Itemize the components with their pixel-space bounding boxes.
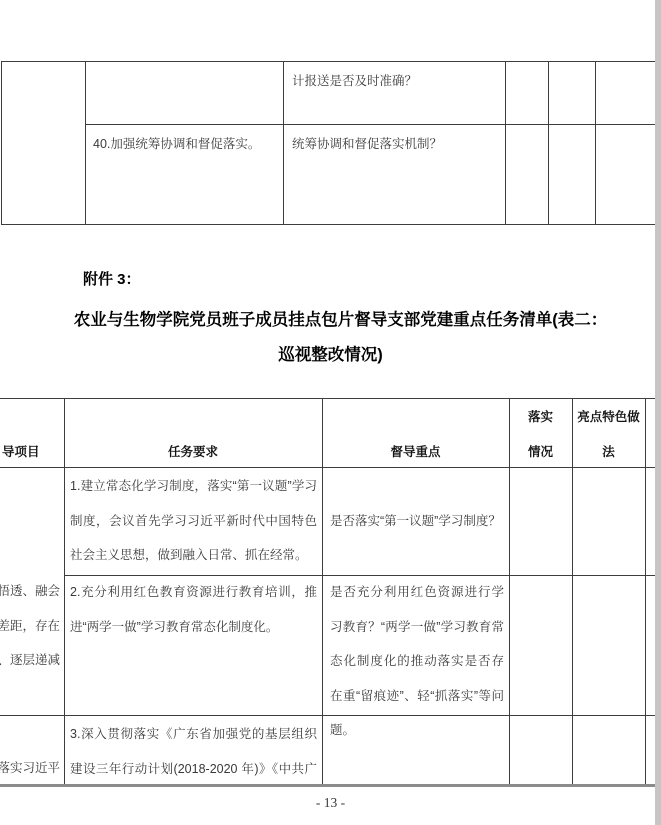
cell-task-requirement-1: 1.建立常态化学习制度，落实“第一议题”学习制度，会议首先学习习近平新时代中国特… xyxy=(70,469,317,573)
page-edge-strip xyxy=(655,0,661,825)
left-fragment-line: 差距，存在 xyxy=(0,609,60,644)
table-border xyxy=(505,61,506,224)
table-border xyxy=(0,467,655,468)
table-border xyxy=(548,61,549,224)
header-task-requirement: 任务要求 xyxy=(64,444,322,460)
cell-supervision-focus-1: 是否落实“第一议题”学习制度？ xyxy=(330,504,506,539)
cell-task-requirement-2: 2.充分利用红色教育资源进行教育培训，推进“两学一做”学习教育常态化制度化。 xyxy=(70,575,317,644)
cell-task-requirement-3: 3.深入贯彻落实《广东省加强党的基层组织建设三年行动计划(2018-2020 年… xyxy=(70,717,317,785)
document-title-line1: 农业与生物学院党员班子成员挂点包片督导支部党建重点任务清单(表二： xyxy=(24,306,657,330)
header-highlight-line2: 法 xyxy=(572,444,645,460)
cell-task-requirement-row2: 40.加强统筹协调和督促落实。 xyxy=(93,136,260,152)
left-fragment-line: 、逐层递减 xyxy=(0,643,60,678)
attachment-heading: 附件 3： xyxy=(83,268,141,289)
table-border xyxy=(1,61,655,62)
table-border xyxy=(595,61,596,224)
header-implementation-line2: 情况 xyxy=(509,444,572,460)
header-implementation-line1: 落实 xyxy=(509,409,572,425)
cell-supervision-focus-row2: 统筹协调和督促落实机制？ xyxy=(292,136,442,152)
cell-supervision-focus-2: 是否充分利用红色资源进行学习教育？“两学一做”学习教育常态化制度化的推动落实是否… xyxy=(330,575,504,748)
header-project-fragment: 导项目 xyxy=(2,444,40,460)
header-highlight-line1: 亮点特色做 xyxy=(572,409,645,425)
page-break-cut-line xyxy=(0,784,655,787)
table-border xyxy=(0,398,655,399)
document-page: 计报送是否及时准确？ 40.加强统筹协调和督促落实。 统筹协调和督促落实机制？ … xyxy=(0,0,661,825)
left-fragment-line: 悟透、融会 xyxy=(0,574,60,609)
table-border xyxy=(283,61,284,224)
cell-supervision-focus-row1: 计报送是否及时准确？ xyxy=(292,73,417,89)
document-title-line2: 巡视整改情况) xyxy=(0,341,661,365)
page-number: - 13 - xyxy=(0,795,661,811)
left-fragment-row3: 落实习近平 xyxy=(0,751,60,786)
table-border xyxy=(1,61,2,224)
table-border xyxy=(0,715,655,716)
table-border xyxy=(1,224,655,225)
table-border xyxy=(85,124,655,125)
table-border xyxy=(645,398,646,785)
table-border xyxy=(85,61,86,224)
header-supervision-focus: 督导重点 xyxy=(322,444,509,460)
